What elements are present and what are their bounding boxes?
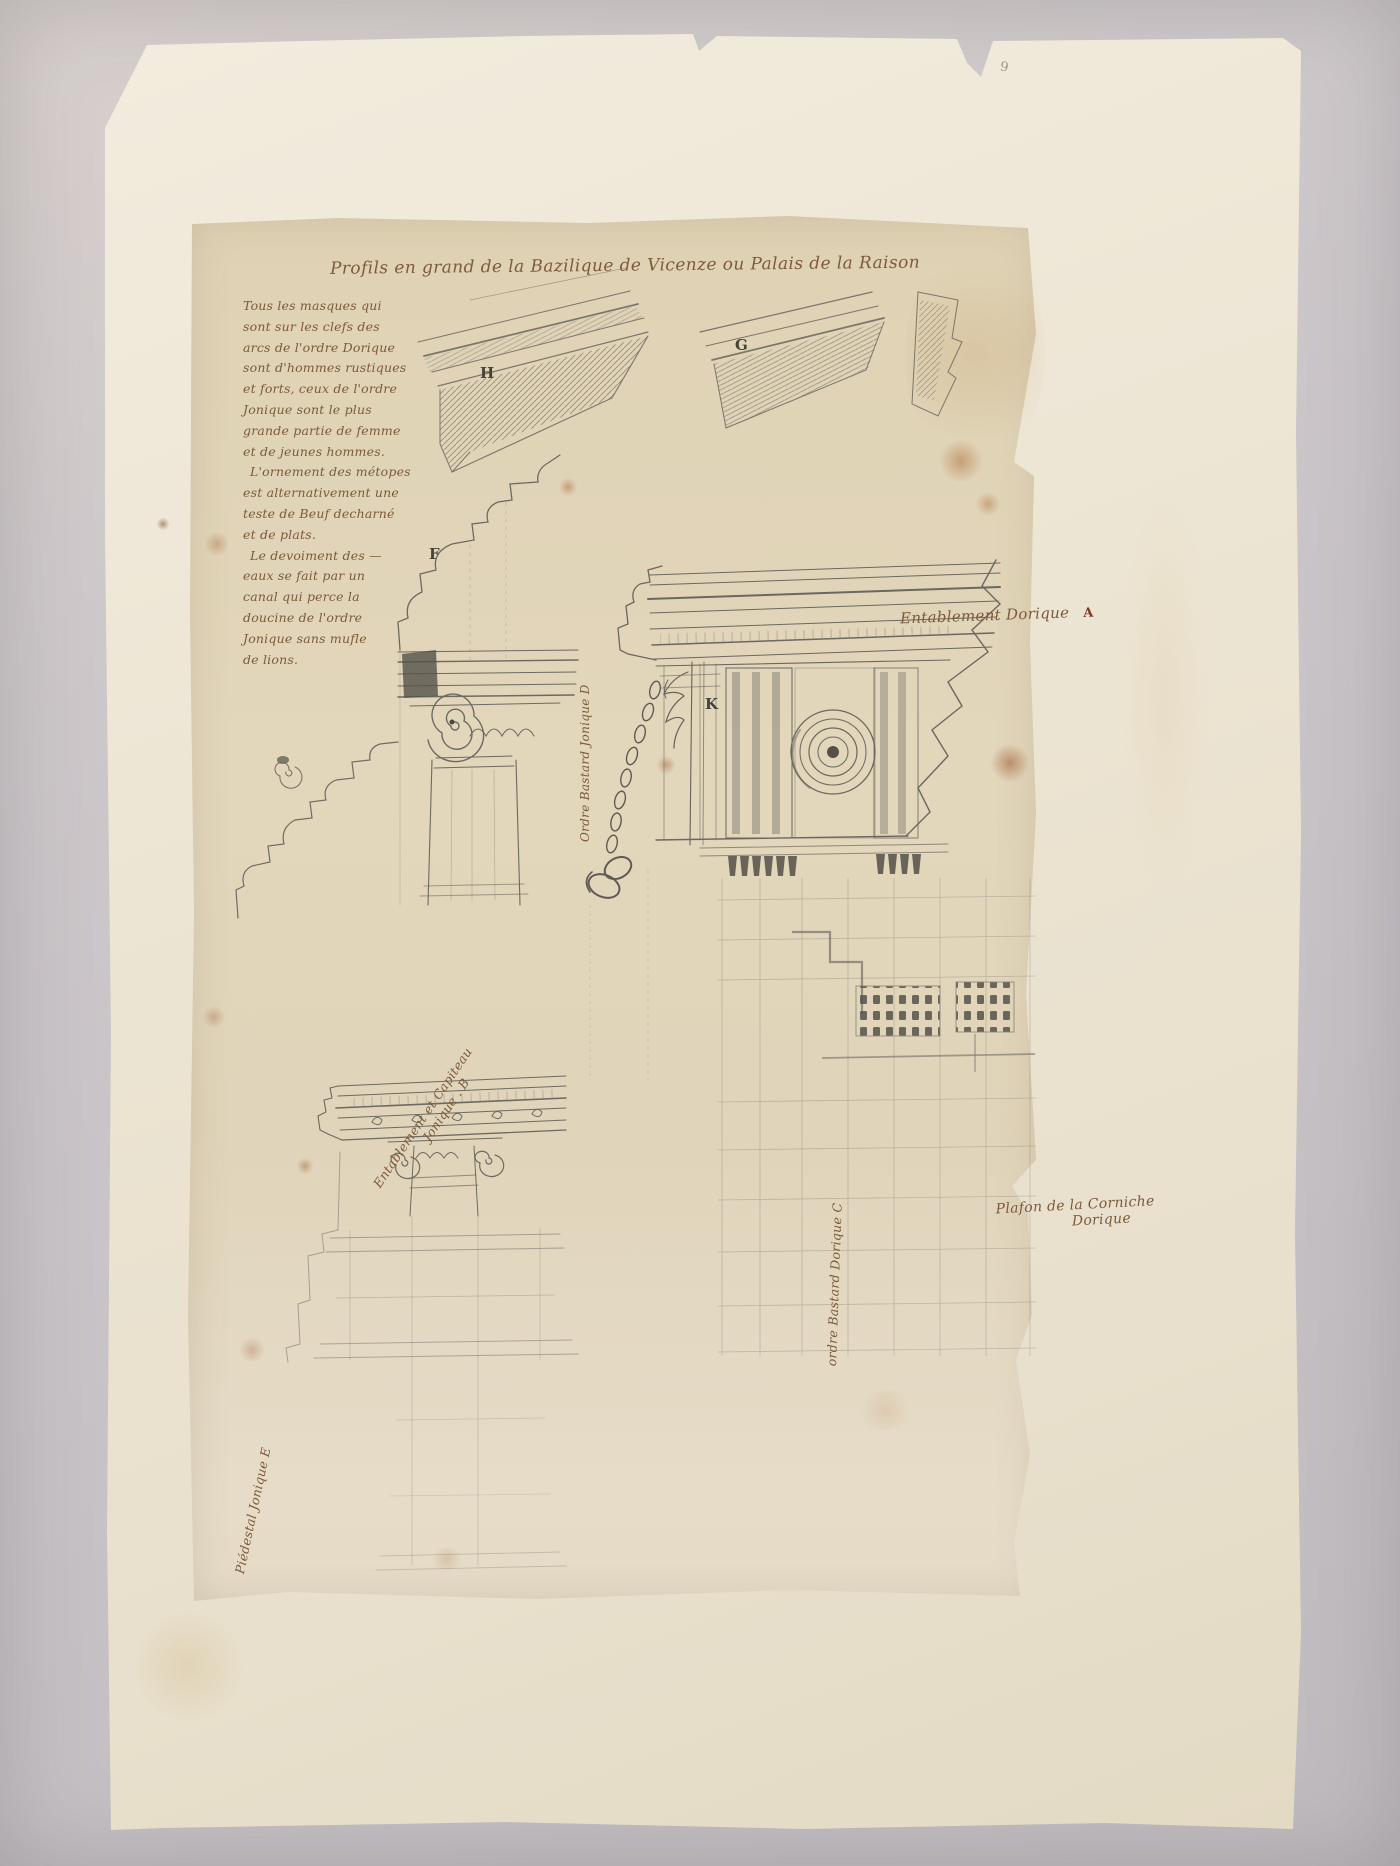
note-line: doucine de l'ordre bbox=[243, 608, 429, 629]
leaf-ornament bbox=[664, 662, 704, 845]
label-letter-f: F bbox=[429, 545, 440, 563]
sketch-h-cornice bbox=[418, 268, 648, 472]
note-line: sont sur les clefs des bbox=[243, 317, 429, 338]
chain-detail bbox=[585, 680, 662, 902]
note-line: sont d'hommes rustiques bbox=[243, 358, 429, 379]
note-line: et de jeunes hommes. bbox=[243, 442, 429, 463]
note-line: est alternativement une bbox=[243, 483, 429, 504]
label-letter-k: K bbox=[705, 695, 718, 713]
note-line: arcs de l'ordre Dorique bbox=[243, 338, 429, 359]
note-line: et forts, ceux de l'ordre bbox=[243, 379, 429, 400]
note-block: Tous les masques quisont sur les clefs d… bbox=[243, 296, 429, 670]
note-line: Jonique sont le plus bbox=[243, 400, 429, 421]
cornice-soffit-plan bbox=[590, 870, 1036, 1356]
note-line: Tous les masques qui bbox=[243, 296, 429, 317]
note-line: teste de Beuf decharné bbox=[243, 504, 429, 525]
note-line: canal qui perce la bbox=[243, 587, 429, 608]
photo-backdrop: 9 bbox=[0, 0, 1400, 1866]
label-letter-h: H bbox=[480, 364, 494, 382]
label-ordre-bastard-jonique: Ordre Bastard Jonique D bbox=[578, 652, 592, 842]
sketch-g-cornice bbox=[700, 292, 962, 428]
note-line: eaux se fait par un bbox=[243, 566, 429, 587]
note-line: Le devoiment des — bbox=[243, 546, 429, 567]
label-letter-a: A bbox=[1083, 606, 1094, 621]
pencil-drawing-layer bbox=[0, 0, 1400, 1866]
note-line: L'ornement des métopes bbox=[243, 462, 429, 483]
note-line: Jonique sans mufle bbox=[243, 629, 429, 650]
left-moulding-profile bbox=[236, 742, 398, 918]
ionic-capital-volute bbox=[398, 650, 578, 905]
note-line: de lions. bbox=[243, 650, 429, 671]
label-letter-g: G bbox=[735, 336, 748, 354]
pedestal-sketch bbox=[286, 1152, 578, 1570]
note-line: grande partie de femme bbox=[243, 421, 429, 442]
note-line: et de plats. bbox=[243, 525, 429, 546]
